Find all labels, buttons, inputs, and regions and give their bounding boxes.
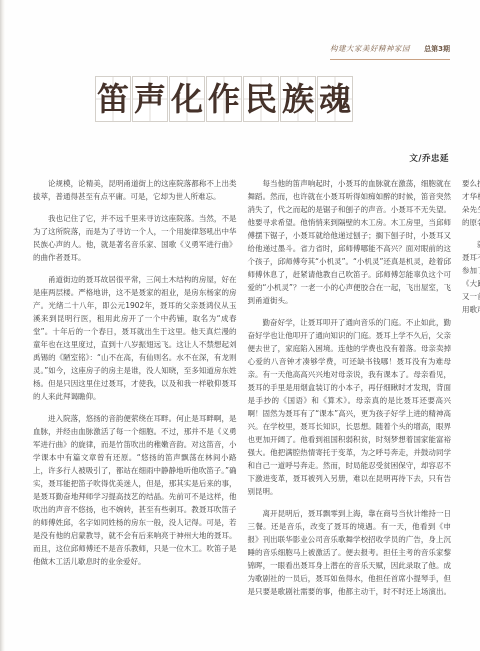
title-char-box: 作 bbox=[206, 76, 242, 122]
paragraph: 就在此时，“九一八”事变发生了。日寇侵犯，东北沦陷。聂耳不再只想着歌唱，他要呐喊… bbox=[462, 238, 480, 316]
title-char-box: 声 bbox=[132, 76, 168, 122]
article-title-calligraphy: 笛 声 化 作 民 族 魂 bbox=[95, 76, 353, 122]
byline: 文/乔忠延 bbox=[409, 152, 449, 164]
paragraph: 我也记住了它，并不远千里来寻访这座院落。当然，不是为了这所院落，而是为了寻访一个… bbox=[33, 212, 237, 264]
title-char: 声 bbox=[134, 83, 166, 115]
title-char: 化 bbox=[171, 83, 203, 115]
title-char: 笛 bbox=[97, 83, 129, 115]
title-char: 魂 bbox=[319, 83, 351, 115]
page-scan-edge bbox=[0, 0, 5, 651]
paragraph: 每当他的笛声响起时，小聂耳的血脉就在激荡，细胞就在舞蹈。然而，也许就在小聂耳听得… bbox=[248, 177, 452, 307]
masthead-title: 构建大家美好精神家园 bbox=[330, 44, 410, 53]
article-body: 论规模，论精美，昆明甬道街上的这座院落都称不上出类拔萃，普通得甚至有点平庸。可是… bbox=[33, 177, 451, 601]
title-char-box: 魂 bbox=[317, 76, 353, 122]
paragraph: 论规模，论精美，昆明甬道街上的这座院落都称不上出类拔萃，普通得甚至有点平庸。可是… bbox=[33, 177, 237, 203]
title-char-box: 民 bbox=[243, 76, 279, 122]
title-char: 民 bbox=[245, 83, 277, 115]
magazine-page: 构建大家美好精神家园 总第3期 笛 声 化 作 民 族 魂 文/乔忠延 论规模，… bbox=[0, 0, 480, 651]
title-char-box: 化 bbox=[169, 76, 205, 122]
title-char: 族 bbox=[282, 83, 314, 115]
title-char-box: 族 bbox=[280, 76, 316, 122]
masthead: 构建大家美好精神家园 总第3期 bbox=[330, 36, 450, 60]
title-char-box: 笛 bbox=[95, 76, 131, 122]
paragraph: 进入院落，悠扬的音韵便萦绕在耳畔。何止是耳畔啊，是血脉，并经由血脉激活了每一个细… bbox=[33, 412, 237, 568]
paragraph: 甬道街边的聂耳故居很平常，三间土木结构的房屋，好在是座两层楼。严格地讲，这不是聂… bbox=[33, 273, 237, 403]
paragraph: 勤奋好学，让聂耳叩开了通向音乐的门庭。不止如此，勤奋好学也让他叩开了通向知识的门… bbox=[248, 316, 452, 498]
title-char: 作 bbox=[208, 83, 240, 115]
issue-number: 总第3期 bbox=[424, 45, 450, 53]
